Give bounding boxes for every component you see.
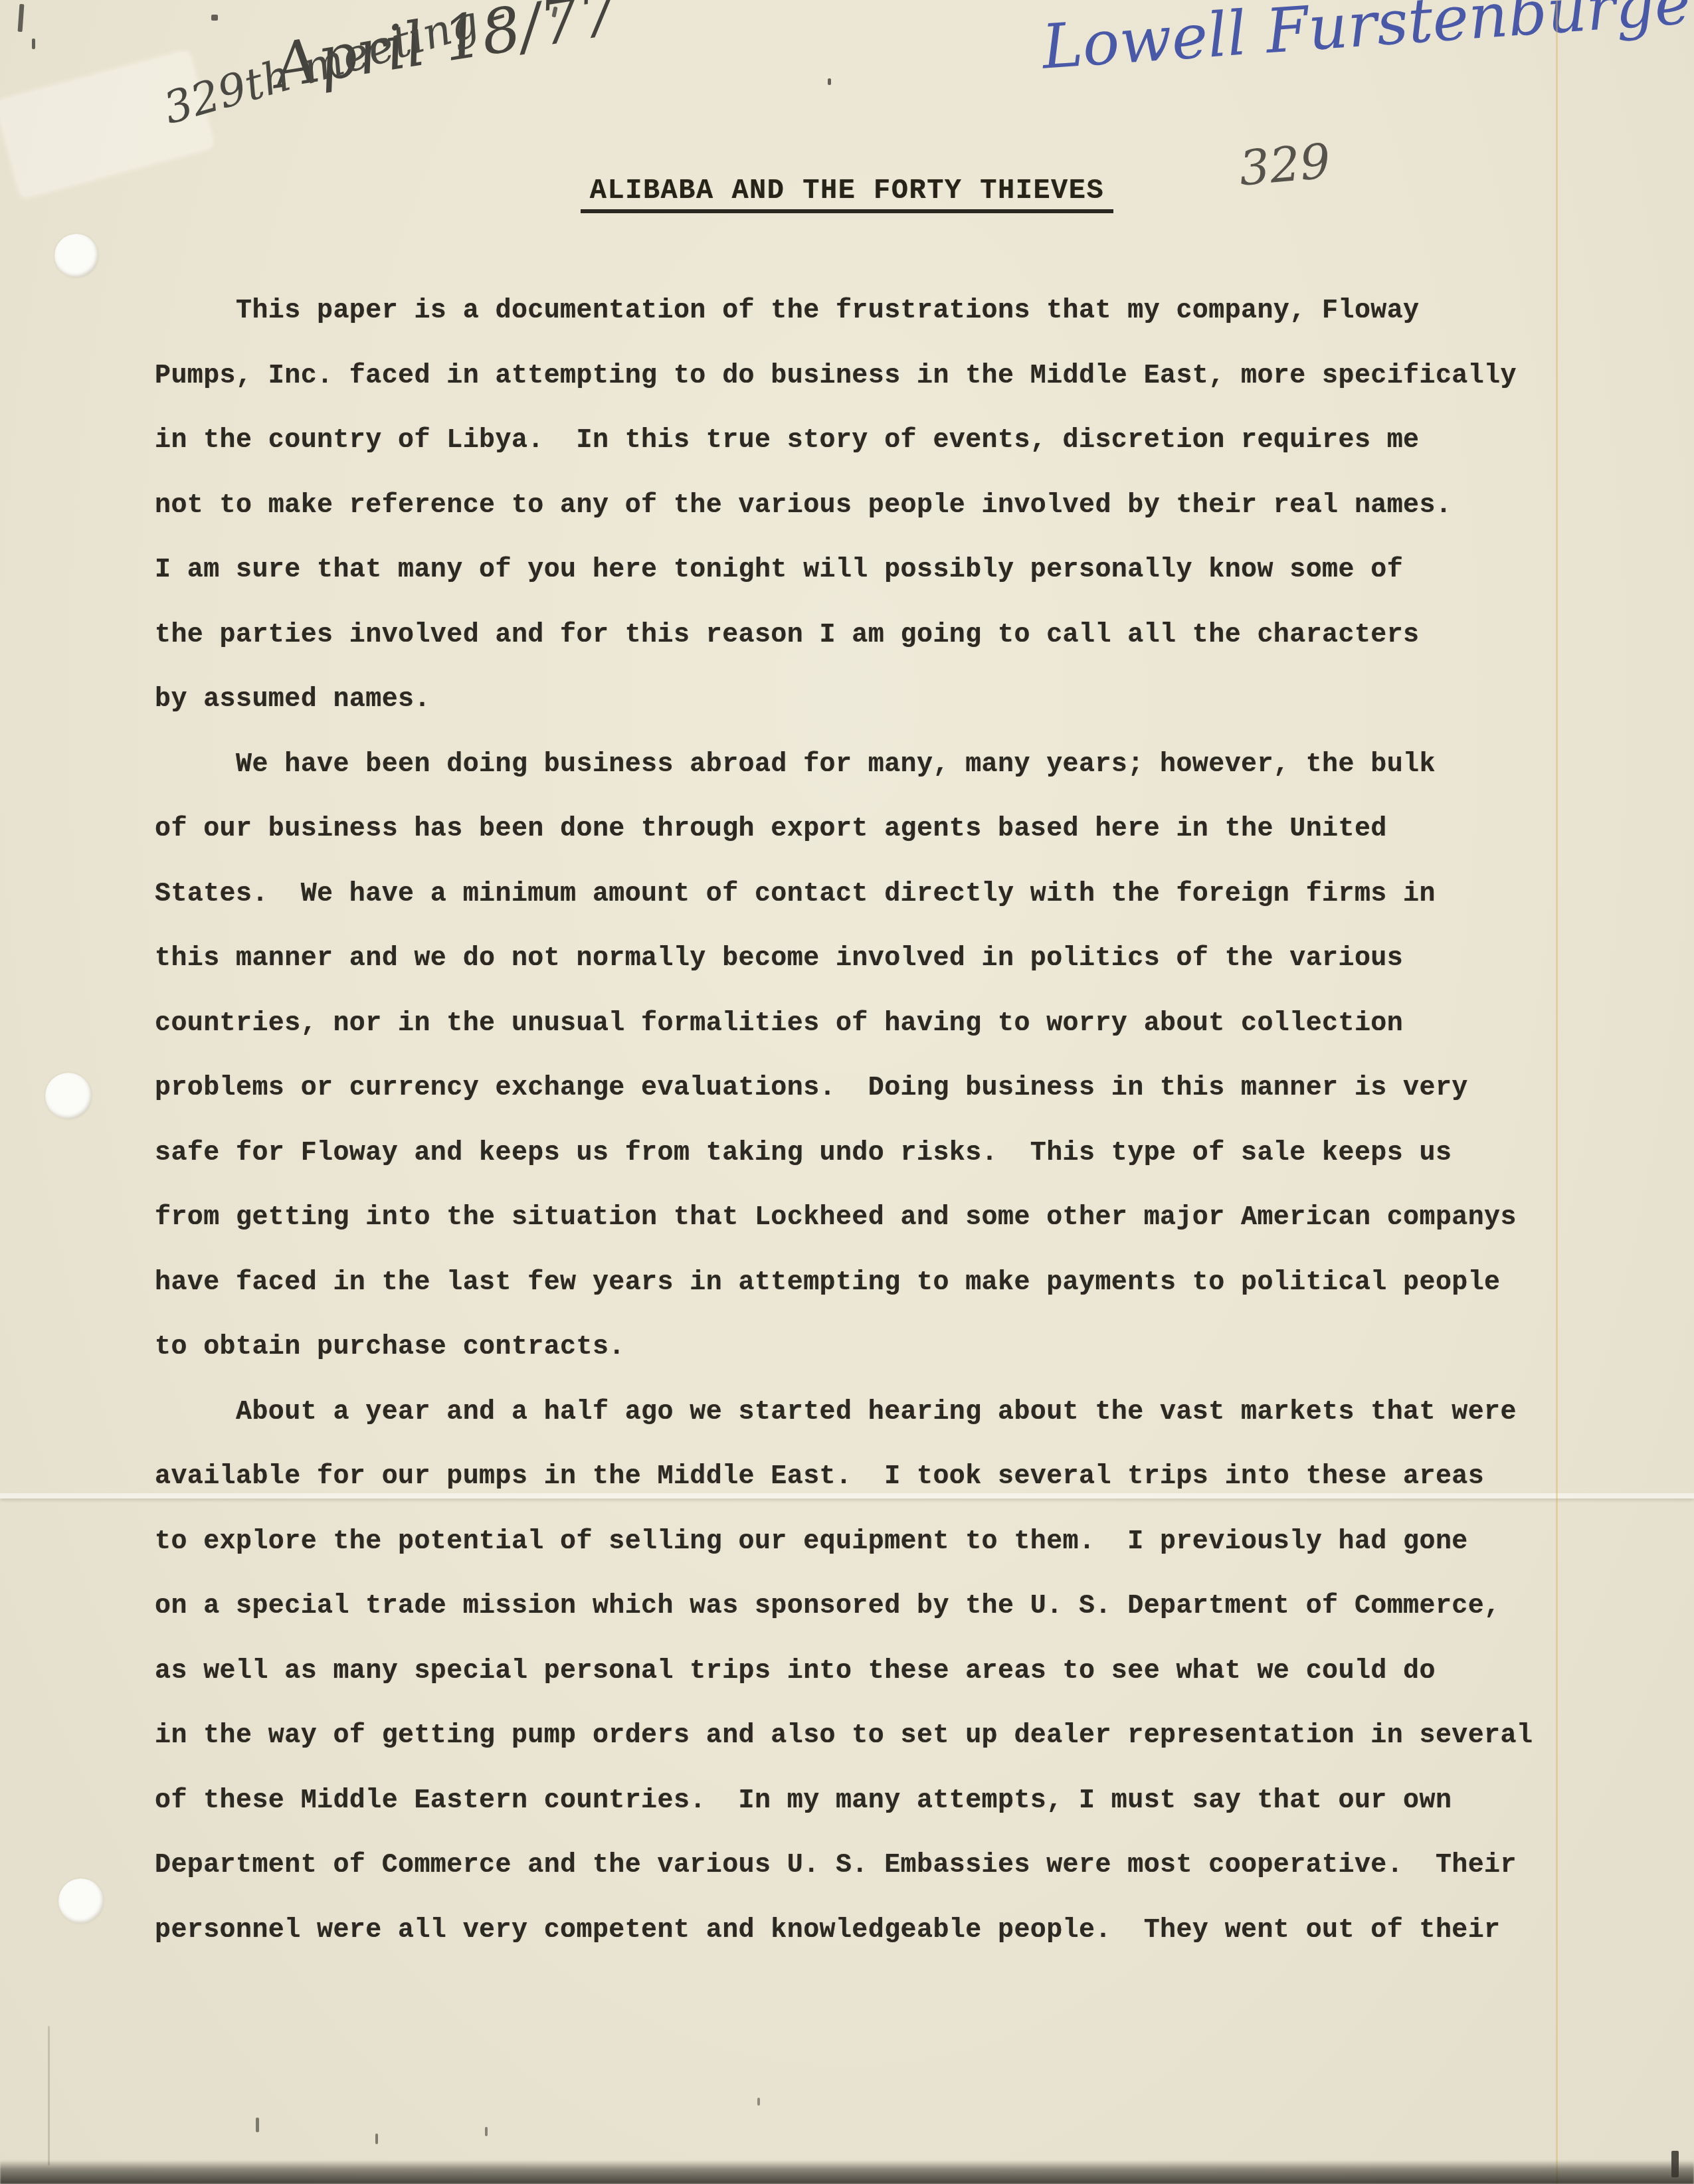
- typed-line: from getting into the situation that Loc…: [155, 1186, 1533, 1251]
- typed-line: in the way of getting pump orders and al…: [155, 1704, 1533, 1769]
- typed-line: to obtain purchase contracts.: [155, 1315, 1533, 1380]
- punch-hole-bottom: [58, 1878, 104, 1924]
- typed-line: in the country of Libya. In this true st…: [155, 409, 1533, 474]
- typed-line: of these Middle Eastern countries. In my…: [155, 1769, 1533, 1834]
- typed-line: We have been doing business abroad for m…: [155, 733, 1533, 798]
- typed-line: as well as many special personal trips i…: [155, 1639, 1533, 1704]
- scan-streak: [48, 2026, 50, 2165]
- bottom-scan-smudge: [0, 2160, 1694, 2184]
- vertical-scan-line: [1556, 0, 1558, 2184]
- typed-line: personnel were all very competent and kn…: [155, 1898, 1533, 1963]
- scan-speck: [485, 2127, 488, 2136]
- typed-line: of our business has been done through ex…: [155, 797, 1533, 862]
- typed-body: This paper is a documentation of the fru…: [155, 279, 1533, 1963]
- typed-line: the parties involved and for this reason…: [155, 603, 1533, 668]
- punch-hole-top: [54, 234, 98, 278]
- typed-line: by assumed names.: [155, 668, 1533, 733]
- typed-line: to explore the potential of selling our …: [155, 1510, 1533, 1575]
- typed-line: I am sure that many of you here tonight …: [155, 538, 1533, 603]
- typed-line: on a special trade mission which was spo…: [155, 1574, 1533, 1639]
- scan-speck: [828, 78, 831, 85]
- horizontal-fold-crease: [0, 1493, 1694, 1499]
- typed-line: Pumps, Inc. faced in attempting to do bu…: [155, 344, 1533, 409]
- punch-hole-middle: [45, 1073, 92, 1119]
- typed-line: Department of Commerce and the various U…: [155, 1833, 1533, 1898]
- typed-line: This paper is a documentation of the fru…: [155, 279, 1533, 344]
- scanned-document-page: { "document": { "annotations": { "date":…: [0, 0, 1694, 2184]
- scan-speck: [32, 39, 35, 49]
- scan-speck: [1671, 2151, 1679, 2177]
- typed-line: countries, nor in the unusual formalitie…: [155, 992, 1533, 1057]
- typed-line: About a year and a half ago we started h…: [155, 1380, 1533, 1445]
- typed-line: problems or currency exchange evaluation…: [155, 1056, 1533, 1121]
- document-title-text: ALIBABA AND THE FORTY THIEVES: [581, 175, 1113, 213]
- typed-line: not to make reference to any of the vari…: [155, 474, 1533, 539]
- typed-line: safe for Floway and keeps us from taking…: [155, 1121, 1533, 1186]
- typed-line: States. We have a minimum amount of cont…: [155, 862, 1533, 927]
- typed-line: have faced in the last few years in atte…: [155, 1251, 1533, 1316]
- scan-speck: [211, 15, 218, 21]
- scan-speck: [256, 2118, 259, 2132]
- typed-line: available for our pumps in the Middle Ea…: [155, 1445, 1533, 1510]
- typed-line: this manner and we do not normally becom…: [155, 927, 1533, 992]
- scan-speck: [375, 2134, 378, 2144]
- document-title: ALIBABA AND THE FORTY THIEVES: [0, 175, 1694, 213]
- scan-speck: [757, 2098, 760, 2106]
